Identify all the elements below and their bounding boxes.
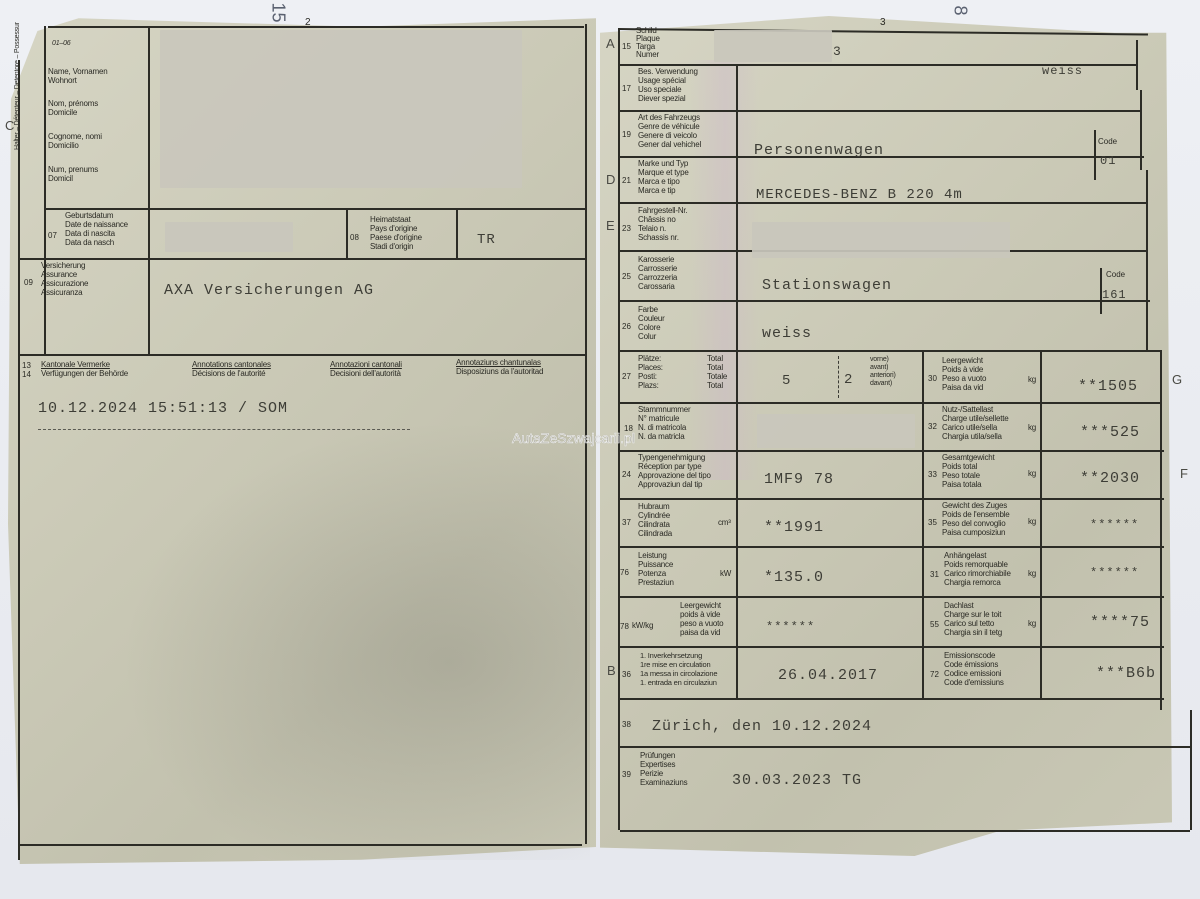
empty-weight-value: **1505 (1078, 378, 1138, 395)
field-number: 39 (622, 770, 631, 779)
field-number: 32 (928, 422, 937, 431)
empty-weight-label: Paisa da vid (942, 384, 983, 393)
edge-letter-e: E (606, 218, 615, 233)
power-value: *135.0 (764, 569, 824, 586)
power-label: Prestaziun (638, 579, 674, 588)
field-number: 72 (930, 670, 939, 679)
power-weight-unit: kW/kg (632, 622, 653, 631)
edge-letter-f: F (1180, 466, 1188, 481)
color-value: weiss (762, 325, 812, 342)
color-label: Colur (638, 333, 656, 342)
field-number: 27 (622, 372, 631, 381)
edge-letter-d: D (606, 172, 615, 187)
plate-redacted (714, 30, 832, 62)
matriculation-label: N. da matricla (638, 433, 685, 442)
payload-value: ***525 (1080, 424, 1140, 441)
plate-value-tail: 3 (833, 44, 842, 59)
trailer-load-label: Chargia remorca (944, 579, 1001, 588)
special-use-value: weiss (1042, 64, 1083, 78)
chassis-redacted (752, 222, 1010, 258)
seats-total-value: 5 (782, 373, 791, 389)
emission-code-label: Code d'emissiuns (944, 679, 1004, 688)
body-value: Stationswagen (762, 277, 892, 294)
power-weight-label: paisa da vid (680, 629, 720, 638)
field-number: 15 (622, 42, 631, 51)
vehicle-type-label: Gener dal vehichel (638, 141, 701, 150)
displacement-value: **1991 (764, 519, 824, 536)
code-label: Code (1106, 270, 1125, 279)
type-approval-value: 1MF9 78 (764, 471, 834, 488)
seats-label: Plazs: (638, 382, 659, 391)
weight-unit: kg (1028, 424, 1036, 433)
right-page-content: 3 A D E G F B 15 Schild Plaque Targa Num… (0, 0, 1200, 899)
train-weight-label: Paisa cumposiziun (942, 529, 1005, 538)
field-number: 55 (930, 620, 939, 629)
power-unit: kW (720, 570, 731, 579)
weight-unit: kg (1028, 470, 1036, 479)
field-number: 37 (622, 518, 631, 527)
edge-letter-g: G (1172, 372, 1182, 387)
place-date-value: Zürich, den 10.12.2024 (652, 718, 872, 735)
first-registration-value: 26.04.2017 (778, 667, 878, 684)
first-registration-label: 1. entrada en circulaziun (640, 679, 717, 688)
vehicle-type-code: 01 (1100, 154, 1116, 168)
chassis-label: Schassis nr. (638, 234, 679, 243)
emission-code-value: ***B6b (1096, 665, 1156, 682)
edge-letter-a: A (606, 36, 615, 51)
edge-letter-b: B (607, 663, 616, 678)
field-number: 78 (620, 622, 629, 631)
trailer-load-value: ****** (1090, 566, 1139, 580)
field-number: 25 (622, 272, 631, 281)
field-number: 21 (622, 176, 631, 185)
field-number: 26 (622, 322, 631, 331)
field-number: 17 (622, 84, 631, 93)
total-weight-label: Paisa totala (942, 481, 981, 490)
field-number: 35 (928, 518, 937, 527)
watermark: AutaZeSzwajcarii.pl (512, 430, 635, 446)
field-number: 30 (928, 374, 937, 383)
roof-load-label: Chargia sin il tetg (944, 629, 1002, 638)
weight-unit: kg (1028, 570, 1036, 579)
seats-front-value: 2 (844, 372, 853, 388)
vehicle-type-value: Personenwagen (754, 142, 884, 159)
field-number: 31 (930, 570, 939, 579)
body-label: Carossaria (638, 283, 675, 292)
body-code: 161 (1102, 288, 1127, 302)
weight-unit: kg (1028, 518, 1036, 527)
payload-label: Chargia utila/sella (942, 433, 1002, 442)
seats-front-label: davant) (870, 380, 892, 389)
weight-unit: kg (1028, 620, 1036, 629)
power-weight-value: ****** (766, 620, 815, 634)
make-model-label: Marca e tip (638, 187, 675, 196)
total-weight-value: **2030 (1080, 470, 1140, 487)
inspections-label: Examinaziuns (640, 779, 687, 788)
weight-unit: kg (1028, 376, 1036, 385)
field-number: 76 (620, 568, 629, 577)
field-number: 36 (622, 670, 631, 679)
field-number: 24 (622, 470, 631, 479)
type-approval-label: Approvaziun dal tip (638, 481, 702, 490)
train-weight-value: ****** (1090, 518, 1139, 532)
field-number: 33 (928, 470, 937, 479)
displacement-label: Cilindrada (638, 530, 672, 539)
matriculation-redacted (757, 414, 915, 448)
plate-label: Numer (636, 51, 659, 60)
make-model-value: MERCEDES-BENZ B 220 4m (756, 187, 963, 203)
roof-load-value: ****75 (1090, 614, 1150, 631)
column-marker: 3 (880, 17, 886, 28)
code-label: Code (1098, 137, 1117, 146)
field-number: 19 (622, 130, 631, 139)
field-number: 23 (622, 224, 631, 233)
inspections-value: 30.03.2023 TG (732, 772, 862, 789)
seats-total-label: Total (707, 382, 723, 391)
special-use-label: Diever spezial (638, 95, 685, 104)
displacement-unit: cm³ (718, 519, 731, 528)
field-number: 38 (622, 720, 631, 729)
